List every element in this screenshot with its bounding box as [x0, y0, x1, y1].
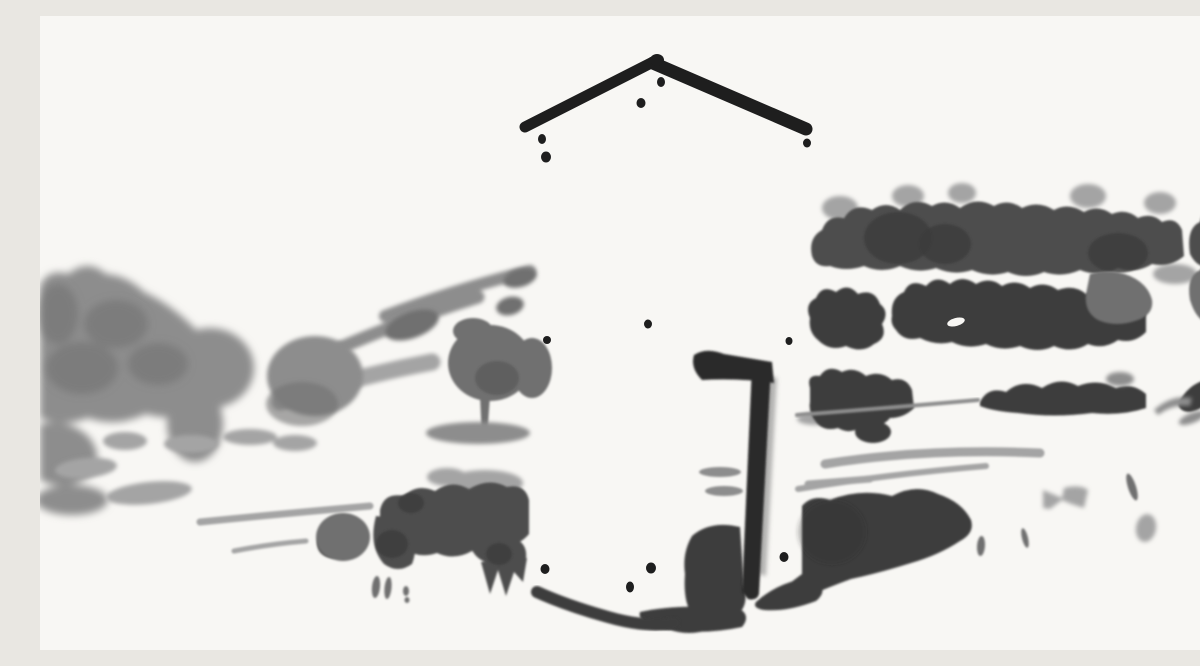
hill-dark-core: [128, 343, 188, 385]
house-shadow-core: [798, 500, 866, 564]
wall-dot: [786, 337, 793, 345]
canopy-light-bump: [948, 183, 976, 203]
band1-dark-patch: [919, 224, 971, 264]
foundation-dot: [780, 552, 789, 562]
eave-dot: [803, 139, 811, 148]
shadow-left-blob: [684, 525, 745, 619]
foreground-blob: [316, 513, 370, 561]
meadow-dash: [273, 435, 317, 451]
bush-core: [266, 382, 338, 426]
tree-shadow: [426, 422, 530, 444]
ground-streak: [808, 479, 870, 484]
band1-dark-patch: [1088, 233, 1148, 273]
meadow-dash: [223, 429, 277, 445]
hill-dark-core: [46, 342, 118, 394]
gable-dot: [637, 98, 646, 108]
gable-dot: [657, 77, 665, 87]
tree-crown-lobe: [512, 338, 552, 398]
bush-dark-spot: [398, 493, 424, 513]
wall-dash: [699, 467, 741, 477]
scrub-top-wash: [1106, 372, 1134, 386]
bush-dark-spot: [486, 543, 512, 565]
grass-tick: [405, 597, 410, 603]
eave-dot: [538, 134, 546, 144]
ink-painting: [40, 16, 1200, 650]
canopy-light-bump: [1144, 192, 1176, 214]
canopy-light-bump: [1070, 184, 1106, 208]
band3-bump: [855, 421, 891, 443]
meadow-dash: [164, 435, 218, 453]
bush-dark-spot: [376, 530, 408, 558]
wall-dot: [644, 320, 652, 329]
wall-dash: [705, 486, 743, 496]
bush-light-top: [427, 468, 467, 486]
round-bush-core: [266, 382, 338, 426]
foundation-dot: [646, 563, 656, 574]
hill-dark-core: [84, 300, 148, 348]
tree-ground-shadow: [426, 422, 530, 444]
band2-left-cluster: [808, 287, 886, 349]
foundation-dot: [541, 564, 550, 574]
tree-core: [475, 361, 519, 395]
wall-dot: [543, 336, 551, 344]
meadow-dash: [103, 432, 147, 450]
tree-core-shade: [475, 361, 519, 395]
eave-dot: [541, 152, 551, 163]
shadow-core: [798, 500, 866, 564]
round-ground-blob: [316, 513, 370, 561]
grass-tick: [403, 586, 409, 596]
foundation-dot: [626, 582, 634, 593]
roof-peak-dot: [650, 54, 664, 66]
tree-crown-top: [453, 318, 493, 344]
